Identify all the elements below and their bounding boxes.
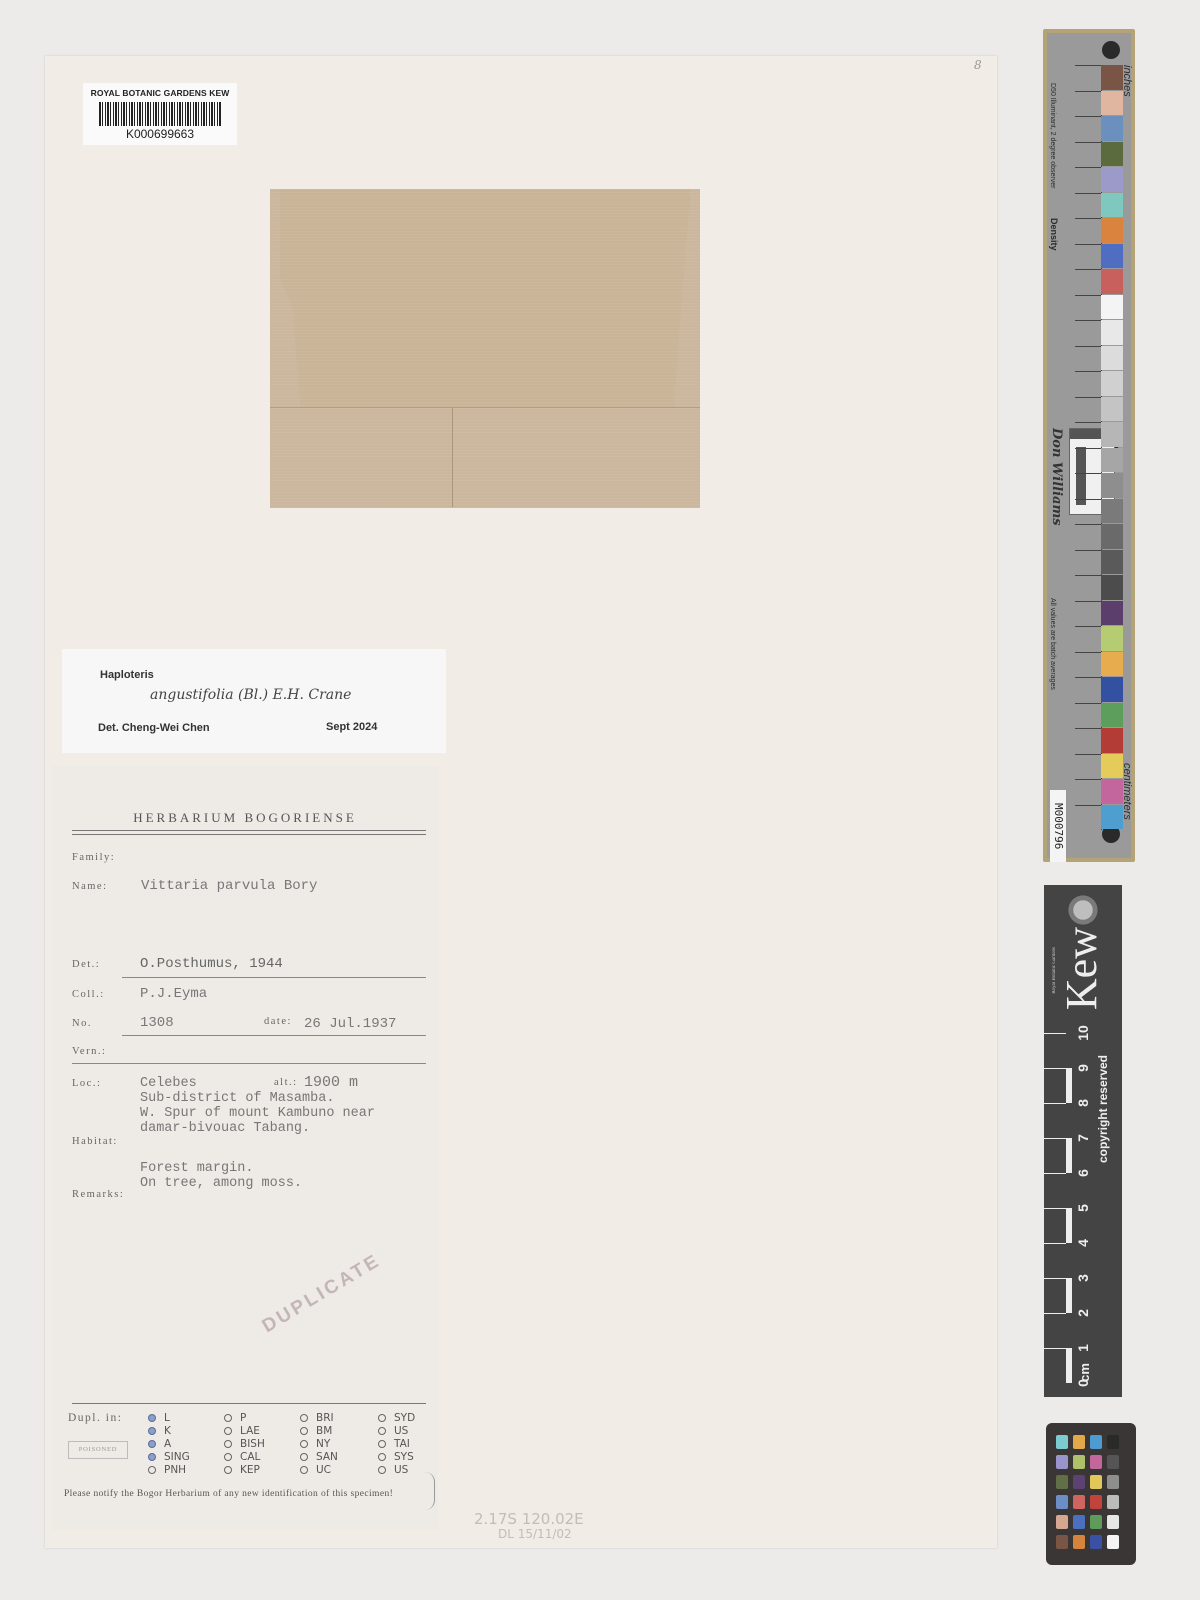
color-swatch [1101,116,1123,141]
color-swatch [1101,601,1123,626]
barcode-institution: ROYAL BOTANIC GARDENS KEW [83,88,237,98]
duplicate-code: US [394,1425,408,1437]
scale-number: 5 [1075,1197,1091,1219]
pencil-bracket [424,1472,435,1510]
values-note: All values are batch averages [1049,598,1056,690]
scale-number: 7 [1075,1127,1091,1149]
circle-icon [300,1414,308,1422]
duplicate-code: KEP [240,1464,260,1476]
color-swatch [1101,754,1123,779]
scale-tick [1075,601,1101,602]
color-swatch [1101,193,1123,218]
scale-stripe [1066,1068,1072,1103]
color-chip [1107,1475,1119,1489]
scale-tick [1075,499,1101,500]
color-swatch [1101,167,1123,192]
scale-tick [1075,116,1101,117]
barcode-icon [99,102,221,126]
det-rule [122,977,426,978]
no-date-rule [122,1035,426,1036]
duplicate-item: P [224,1411,300,1424]
coll-label: Coll.: [72,989,105,1000]
scale-tick [1075,371,1101,372]
checked-circle-icon [148,1414,156,1422]
color-swatch [1101,371,1123,396]
name-value: Vittaria parvula Bory [141,878,317,894]
scale-number: 6 [1075,1162,1091,1184]
duplicates-label: Dupl. in: [68,1412,122,1424]
habitat-line: Forest margin. [140,1161,302,1176]
scale-tick [1075,346,1101,347]
pencil-coords: 2.17S 120.02E [474,1512,584,1527]
color-chip [1056,1435,1068,1449]
scale-tick [1075,754,1101,755]
duplicate-item: L [148,1411,224,1424]
habitat-line: On tree, among moss. [140,1176,302,1191]
scale-number: 4 [1075,1232,1091,1254]
duplicate-item: PNH [148,1463,224,1476]
kew-scale-ruler: Kew Royal Botanic Gardens copyright rese… [1044,885,1122,1397]
density-scale [1075,65,1102,830]
duplicate-code: BISH [240,1438,265,1450]
duplicates-grid: LPBRISYDKLAEBMUSABISHNYTAISINGCALSANSYSP… [148,1411,448,1476]
loc-value: Celebes [140,1076,197,1091]
color-swatch [1101,91,1123,116]
det-date: Sept 2024 [326,721,377,733]
scale-tick [1075,91,1101,92]
remarks-label: Remarks: [72,1189,124,1200]
scale-tick [1075,244,1101,245]
scale-tick [1075,142,1101,143]
habitat-label: Habitat: [72,1136,118,1147]
circle-icon [224,1414,232,1422]
circle-icon [300,1427,308,1435]
scale-stripe [1066,1348,1072,1383]
color-chip [1090,1435,1102,1449]
circle-icon [378,1440,386,1448]
date-label: date: [264,1016,292,1027]
duplicates-rule [72,1403,426,1404]
circle-icon [224,1453,232,1461]
duplicate-code: TAI [394,1438,410,1450]
date-value: 26 Jul.1937 [304,1016,396,1032]
scale-tick [1075,524,1101,525]
chart-id: M000796 [1050,790,1066,862]
notify-notice: Please notify the Bogor Herbarium of any… [64,1488,424,1500]
loc-label: Loc.: [72,1078,101,1089]
color-swatch [1101,244,1123,269]
illuminant-note: D50 Illuminant, 2 degree observer [1049,83,1056,188]
pencil-initials-date: DL 15/11/02 [498,1527,584,1542]
scale-tick [1075,193,1101,194]
kew-copyright: copyright reserved [1096,1055,1110,1163]
circle-icon [224,1466,232,1474]
color-chip [1090,1495,1102,1509]
color-chip [1056,1535,1068,1549]
color-swatch [1101,550,1123,575]
duplicate-item: BISH [224,1437,300,1450]
det-determiner: Det. Cheng-Wei Chen [98,722,210,734]
color-swatch [1101,728,1123,753]
locality-lines: Sub-district of Masamba.W. Spur of mount… [140,1091,375,1136]
title-double-rule [72,830,426,835]
scale-tick [1075,550,1101,551]
color-chip [1056,1455,1068,1469]
locality-line: Sub-district of Masamba. [140,1091,375,1106]
scale-segment [1044,1278,1066,1314]
color-chip [1056,1495,1068,1509]
duplicate-code: A [164,1438,171,1450]
scale-segment [1044,1033,1066,1069]
scale-tick [1075,218,1101,219]
duplicate-code: CAL [240,1451,260,1463]
duplicate-code: P [240,1412,246,1424]
color-swatch [1101,448,1123,473]
kew-logo: Kew [1060,927,1104,1010]
scale-number: 1 [1075,1337,1091,1359]
color-swatch [1101,65,1123,90]
duplicate-item: US [378,1424,448,1437]
scale-tick [1075,575,1101,576]
duplicate-item: TAI [378,1437,448,1450]
duplicate-item: KEP [224,1463,300,1476]
circle-icon [224,1440,232,1448]
det-label: Det.: [72,959,100,970]
envelope-texture [270,189,700,508]
poisoned-stamp: POISONED [68,1441,128,1459]
duplicate-code: PNH [164,1464,186,1476]
color-swatch [1101,703,1123,728]
alt-value: 1900 m [304,1074,358,1091]
duplicate-code: K [164,1425,171,1437]
no-label: No. [72,1018,92,1029]
scale-tick [1075,805,1101,806]
scale-tick [1075,703,1101,704]
kew-scale-bar: 012345678910 [1044,1033,1072,1391]
scale-segment [1044,1068,1066,1104]
det-genus: Haploteris [100,669,154,681]
scale-tick [1075,167,1101,168]
color-chip [1107,1495,1119,1509]
duplicate-stamp: DUPLICATE [259,1250,385,1338]
duplicate-item: SYS [378,1450,448,1463]
color-chip [1090,1475,1102,1489]
color-swatch [1101,295,1123,320]
color-swatch [1101,779,1123,804]
circle-icon [148,1466,156,1474]
scale-segment [1044,1208,1066,1244]
color-swatch [1101,652,1123,677]
coll-value: P.J.Eyma [140,986,207,1002]
scale-tick [1075,295,1101,296]
scale-stripe [1066,1138,1072,1173]
duplicate-item: LAE [224,1424,300,1437]
color-calibration-chart: inches centimeters D50 Illuminant, 2 deg… [1043,29,1135,862]
color-swatch [1101,397,1123,422]
color-chip [1073,1475,1085,1489]
duplicate-item: SYD [378,1411,448,1424]
checked-circle-icon [148,1427,156,1435]
scale-number: 3 [1075,1267,1091,1289]
duplicate-item: SING [148,1450,224,1463]
duplicate-code: SAN [316,1451,338,1463]
scale-tick [1075,677,1101,678]
color-swatch [1101,142,1123,167]
duplicate-item: CAL [224,1450,300,1463]
kew-subtitle: Royal Botanic Gardens [1052,947,1057,994]
circle-icon [300,1440,308,1448]
duplicate-code: LAE [240,1425,260,1437]
circle-icon [378,1414,386,1422]
duplicate-item: A [148,1437,224,1450]
color-chip [1107,1535,1119,1549]
scale-segment [1044,1313,1066,1349]
herbarium-label: HERBARIUM BOGORIENSE Family: Name: Vitta… [52,766,438,1530]
chart-hole-icon [1102,41,1120,59]
duplicate-code: L [164,1412,170,1424]
herbarium-title: HERBARIUM BOGORIENSE [52,810,438,826]
checked-circle-icon [148,1440,156,1448]
duplicate-code: UC [316,1464,331,1476]
scale-tick [1075,397,1101,398]
scale-stripe [1066,1208,1072,1243]
pencil-notes: 2.17S 120.02E DL 15/11/02 [474,1512,584,1542]
duplicate-item: NY [300,1437,378,1450]
color-swatch [1101,320,1123,345]
circle-icon [300,1466,308,1474]
habitat-lines: Forest margin.On tree, among moss. [140,1161,302,1191]
locality-line: damar-bivouac Tabang. [140,1121,375,1136]
name-label: Name: [72,881,108,892]
scale-number: 2 [1075,1302,1091,1324]
color-chip [1090,1535,1102,1549]
color-swatch [1101,269,1123,294]
corner-pencil-mark: 8 [974,58,982,72]
color-chip [1107,1455,1119,1469]
vern-rule [72,1063,426,1064]
duplicate-item: BRI [300,1411,378,1424]
duplicate-item: BM [300,1424,378,1437]
color-swatch [1101,575,1123,600]
scale-segment [1044,1243,1066,1279]
det-species-handwritten: angustifolia (Bl.) E.H. Crane [150,687,351,703]
color-swatch [1101,677,1123,702]
scale-stripe [1066,1278,1072,1313]
color-chip [1073,1455,1085,1469]
circle-icon [378,1427,386,1435]
duplicate-item: K [148,1424,224,1437]
density-label: Density [1049,218,1059,251]
color-chip [1107,1435,1119,1449]
scale-segment [1044,1138,1066,1174]
swatch-column [1075,65,1137,830]
scale-number: 8 [1075,1092,1091,1114]
duplicate-code: US [394,1464,408,1476]
color-chip [1090,1455,1102,1469]
color-swatch [1101,346,1123,371]
duplicate-code: SYS [394,1451,414,1463]
scale-segment [1044,1103,1066,1139]
color-chip [1073,1435,1085,1449]
scale-tick [1075,652,1101,653]
duplicate-code: SING [164,1451,190,1463]
checked-circle-icon [148,1453,156,1461]
scale-tick [1075,65,1101,66]
checker-grid [1056,1435,1119,1549]
scale-number: 9 [1075,1057,1091,1079]
barcode-number: K000699663 [83,127,237,141]
determination-label: Haploteris angustifolia (Bl.) E.H. Crane… [62,649,446,753]
vern-label: Vern.: [72,1046,106,1057]
color-chip [1073,1535,1085,1549]
circle-icon [224,1427,232,1435]
color-swatch [1101,805,1123,830]
duplicate-item: SAN [300,1450,378,1463]
alt-label: alt.: [274,1077,298,1088]
kew-unit: cm [1077,1363,1092,1382]
scale-tick [1075,422,1101,423]
circle-icon [378,1453,386,1461]
duplicate-code: SYD [394,1412,415,1424]
duplicate-item: US [378,1463,448,1476]
duplicate-code: BRI [316,1412,334,1424]
color-swatch [1101,626,1123,651]
det-value: O.Posthumus, 1944 [140,956,283,972]
circle-icon [378,1466,386,1474]
scale-segment [1044,1348,1066,1384]
color-chip [1056,1515,1068,1529]
scale-tick [1075,320,1101,321]
color-swatch [1101,422,1123,447]
family-label: Family: [72,852,115,863]
scale-number: 10 [1075,1022,1091,1044]
color-swatch [1101,473,1123,498]
color-swatch [1101,499,1123,524]
chart-brand: Don Williams [1049,428,1064,526]
kew-crest-icon [1066,893,1100,927]
no-value: 1308 [140,1015,174,1031]
duplicate-item: UC [300,1463,378,1476]
circle-icon [300,1453,308,1461]
duplicate-code: BM [316,1425,332,1437]
duplicate-code: NY [316,1438,330,1450]
color-swatch [1101,524,1123,549]
color-chip [1090,1515,1102,1529]
color-checker-card [1046,1423,1136,1565]
scale-tick [1075,779,1101,780]
scale-tick [1075,728,1101,729]
color-swatch [1101,218,1123,243]
scale-tick [1075,473,1101,474]
color-chip [1073,1515,1085,1529]
scale-tick [1075,626,1101,627]
color-chip [1056,1475,1068,1489]
scale-tick [1075,448,1101,449]
locality-line: W. Spur of mount Kambuno near [140,1106,375,1121]
scale-segment [1044,1173,1066,1209]
scale-tick [1075,269,1101,270]
color-chip [1107,1515,1119,1529]
fragment-envelope [270,189,700,508]
color-chip [1073,1495,1085,1509]
barcode-label: ROYAL BOTANIC GARDENS KEW K000699663 [83,83,237,145]
